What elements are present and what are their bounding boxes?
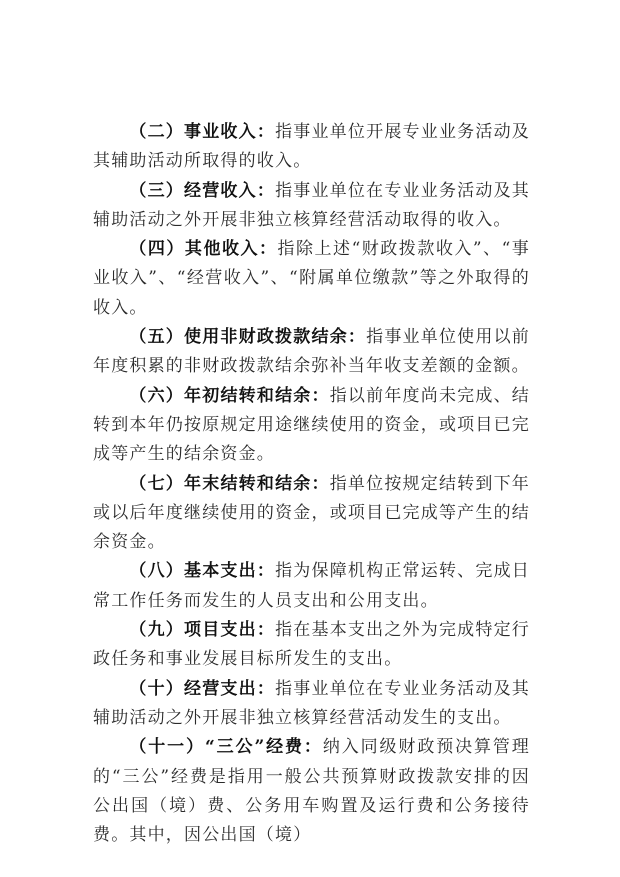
definition-paragraph-opening-carryover: （六）年初结转和结余：指以前年度尚未完成、结转到本年仍按原规定用途继续使用的资金… xyxy=(93,382,530,470)
document-page: （二）事业收入：指事业单位开展专业业务活动及其辅助活动所取得的收入。 （三）经营… xyxy=(93,118,530,850)
term-label: （十一）“三公”经费： xyxy=(129,737,322,757)
term-label: （七）年末结转和结余： xyxy=(129,474,329,494)
definition-paragraph-closing-carryover: （七）年末结转和结余：指单位按规定结转到下年或以后年度继续使用的资金，或项目已完… xyxy=(93,470,530,558)
term-label: （八）基本支出： xyxy=(129,561,275,581)
definition-paragraph-project-expenditure: （九）项目支出：指在基本支出之外为完成特定行政任务和事业发展目标所发生的支出。 xyxy=(93,616,530,675)
term-label: （五）使用非财政拨款结余： xyxy=(129,327,366,347)
term-label: （四）其他收入： xyxy=(129,239,277,259)
term-label: （十）经营支出： xyxy=(129,679,275,699)
term-label: （六）年初结转和结余： xyxy=(129,386,329,406)
definition-paragraph-other-income: （四）其他收入：指除上述“财政拨款收入”、“事业收入”、“经营收入”、“附属单位… xyxy=(93,235,530,323)
term-label: （二）事业收入： xyxy=(129,122,275,142)
definition-paragraph-operating-income: （三）经营收入：指事业单位在专业业务活动及其辅助活动之外开展非独立核算经营活动取… xyxy=(93,177,530,236)
definition-paragraph-basic-expenditure: （八）基本支出：指为保障机构正常运转、完成日常工作任务而发生的人员支出和公用支出… xyxy=(93,557,530,616)
definition-paragraph-three-public-expenses: （十一）“三公”经费：纳入同级财政预决算管理的“三公”经费是指用一般公共预算财政… xyxy=(93,733,530,850)
definition-paragraph-non-fiscal-balance: （五）使用非财政拨款结余：指事业单位使用以前年度积累的非财政拨款结余弥补当年收支… xyxy=(93,323,530,382)
term-label: （九）项目支出： xyxy=(129,620,275,640)
term-label: （三）经营收入： xyxy=(129,181,275,201)
definition-paragraph-operating-expenditure: （十）经营支出：指事业单位在专业业务活动及其辅助活动之外开展非独立核算经营活动发… xyxy=(93,675,530,734)
definition-paragraph-business-income: （二）事业收入：指事业单位开展专业业务活动及其辅助活动所取得的收入。 xyxy=(93,118,530,177)
